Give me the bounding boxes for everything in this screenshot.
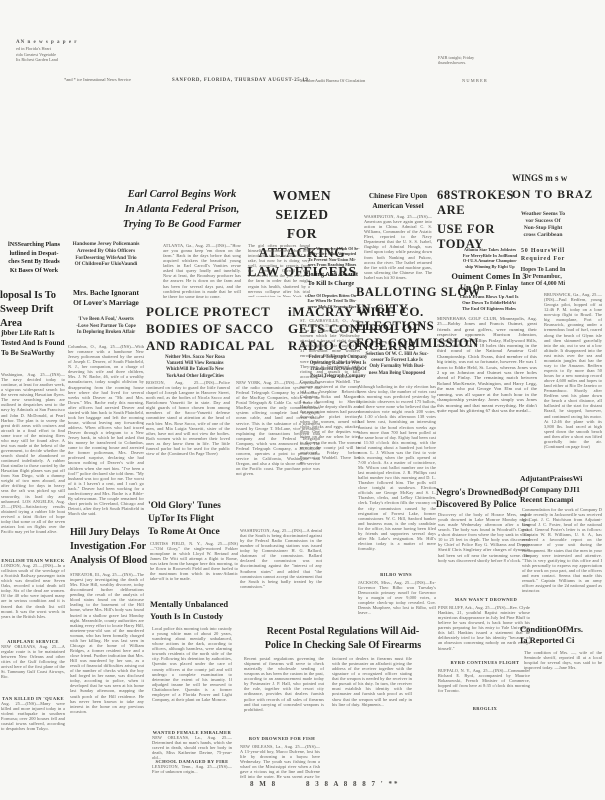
old-glory-headline: 'Old Glory' Tunes UpTor Its Flight To Ro…: [148, 500, 248, 539]
balloting-headline: BALLOTING SLOW IN CITY ELECTIONS FOR COM…: [356, 284, 488, 352]
condition-headline: ConditionOfMrs. Ia Reported Ci: [520, 624, 604, 646]
man-not-drowned-body: PINE BLUFF, Ark., Aug. 25.—(INS)—Rev. Cl…: [438, 605, 530, 657]
postal-regulations-body-2: factured or dealers in firearms must fil…: [332, 656, 412, 732]
women-seized-kicker-1: Three Women Led Mob Of Se- venty-Five Wh…: [302, 246, 362, 268]
school-fire-body: LEXINGTON, Tenn., Aug. 25.—(INS)—Fire of…: [152, 764, 232, 778]
bilbo-wins-subhead: BILBO WINS: [368, 572, 424, 577]
mrs-bache-headline: Mrs. Bache Ignorant Of Lover's Marriage: [68, 288, 144, 308]
column3-bottom-briefs: WANTED FEMALE EMBALMER NEW ORLEANS, La.,…: [152, 730, 232, 794]
mrs-bache-body: Columbus, O., Aug. 25.—(INS)—With her ro…: [68, 344, 144, 524]
jersey-policeman-kicker: Handsome Jersey Policemanis Arrested By …: [68, 241, 144, 268]
bilbo-wins-body: JACKSON, Miss., Aug. 25.—(INS)—Ex-Govern…: [358, 580, 436, 624]
old-glory-body: CURTISS FIELD, N. Y., Aug. 25.—(INS)—"Ol…: [150, 541, 238, 595]
man-not-drowned-subhead: MAN WASN'T DROWNED: [446, 597, 526, 602]
unbalanced-youth-headline: Mentally Unbalanced Youth Is In Custody: [150, 599, 246, 622]
dateline-issue-number: NUMBER: [462, 78, 488, 83]
byrd-flight-body: BUFFALO, N. Y., Aug. 25.—(INS)—Commander…: [438, 668, 530, 700]
weather-ear: FAIR tonight; Friday thundershowers.: [438, 55, 518, 66]
wings-headline-fragment: WINGS m s w: [512, 173, 567, 183]
life-raft-headline: jbber Life Raft Is Tested And Is Found T…: [1, 328, 67, 358]
earl-carroll-body-a: ATLANTA, Ga., Aug. 25.—(INS)—"How are yo…: [163, 243, 241, 301]
chinese-fire-body: WASHINGTON, Aug. 25.—(INS)—American guns…: [364, 214, 432, 280]
women-seized-kicker-3: One Of Deputies Bitten On Ear When He Tr…: [302, 293, 362, 309]
boy-drowned-body: NEW ORLEANS, La., Aug. 25.—(INS)—A 13-ye…: [240, 744, 320, 778]
sacco-bodies-deck: Neither Mrs. Sacco Nor Rosa Vanzetti Wil…: [150, 355, 240, 380]
unbalanced-youth-body: Local police this morning took into cust…: [152, 626, 232, 728]
adjutant-praise-body: Commendation for the work of Company D w…: [522, 507, 602, 619]
hill-jury-body: STREATOR, Ill., Aug. 25.—(INS)—The inque…: [70, 572, 144, 792]
dateline-news-service: *and * ice International News Service: [64, 77, 131, 82]
searching-plans-headline: lNSSearching Plans lutlined in Despat- c…: [1, 241, 67, 275]
column1-bottom-briefs: ENGLISH TRAIN WRECK LONDON, Aug. 25.—(IN…: [1, 558, 65, 794]
brazil-landing-kicker: Hopes To Land In Or Pemambuc, tance Of 4…: [510, 267, 576, 289]
navy-search-body: Washington, Aug. 25.—(INS)—The navy deci…: [1, 372, 65, 554]
brazil-weather-kicker: Weather Seems To vor Success Of Non-Stop…: [511, 211, 575, 239]
broglix-fragment: BROGLIX: [460, 706, 510, 711]
drift-area-headline: loposal Is To Sweep Drift Area: [0, 289, 68, 331]
newspaper-page: AN n e w s p a p e r ed in Florida's Hea…: [0, 0, 605, 800]
embalmer-body: NEW ORLEANS, La., Aug. 25.—Determined th…: [152, 735, 232, 759]
print-noise-right: 8 3 8 A 8 8 8 7 ' **: [306, 780, 399, 788]
brazil-hours-kicker: 50 HoursWill Required For: [510, 248, 576, 264]
print-noise-left: 8 M 8: [250, 780, 277, 788]
chinese-fire-story: Chinese Fire Upon American Vessel WASHIN…: [364, 191, 432, 280]
balloting-body: Although balloting in the city election …: [358, 384, 436, 568]
rioting-charge-subhead: Rioting And Assault To Kill Is Charge: [300, 271, 362, 288]
airplane-service-body: NEW ORLEANS, Aug. 25.—A regular route is…: [1, 644, 65, 692]
balloting-deck: Selection Of W. C. Hill As Suc- cessor T…: [358, 352, 436, 377]
adjutant-praise-headline: AdjutantPraisesWi Of Company DJI1 Recent…: [520, 474, 604, 506]
brazil-flight-body: BRUNSWICK, Ga., Aug. 25.—(INS)—Paul Redf…: [544, 292, 602, 468]
postal-regulations-body-1: Recent postal regulations governing the …: [244, 656, 324, 732]
train-wreck-body: LONDON, Aug. 25.—(INS)—In a collision so…: [1, 563, 65, 635]
dateline-location-date: SANFORD, FLORIDA, THURSDAY AUGUST-25 19: [172, 78, 309, 83]
condition-body: The condition of Mrs. —, wife of the Sem…: [524, 650, 602, 706]
boy-drowned-subhead: BOY DROWNED FOR FISH: [240, 736, 324, 741]
dateline-audit-member: MemberAudit Bureau Of Circulation: [300, 78, 365, 83]
mrs-bache-deck: 'I've Been A Fool,' Asserts -Love Nest P…: [68, 317, 144, 337]
masthead-ear-left: AN n e w s p a p e r ed in Florida's Hea…: [16, 40, 166, 62]
postal-regulations-headline: Recent Postal Regulations Will Aid- Poli…: [238, 625, 448, 652]
masthead-ear-left-lines: ed in Florida's Heart rida Greatest Vege…: [16, 46, 166, 62]
sacco-bodies-headline: POLICE PROTECT BODIES OF SACCO AND RADIC…: [146, 303, 286, 354]
drowned-body-body: Discovery of the body of Horace Mers, ne…: [438, 512, 530, 592]
earl-carroll-headline: Earl Carrol Begins Work In Atlanta Feder…: [120, 187, 244, 232]
quake-body: Aug. 25.—(INS)—Many were killed and more…: [1, 701, 65, 747]
brazil-flight-headline: ON TO BRAZ: [512, 189, 604, 201]
sacco-bodies-body: BOSTON, Aug. 25.—(INS)—Police continued …: [146, 380, 230, 496]
earl-carroll-body-b: The girl often produces found himself co…: [248, 243, 310, 297]
chinese-fire-headline: Chinese Fire Upon American Vessel: [364, 191, 432, 211]
byrd-flight-subhead: BYRD CONTINUES FLIGHT: [444, 660, 526, 665]
women-seized-body: ST. CLAIRSVILLE, O., Aug. 25.—(INS)—Thre…: [300, 318, 360, 556]
